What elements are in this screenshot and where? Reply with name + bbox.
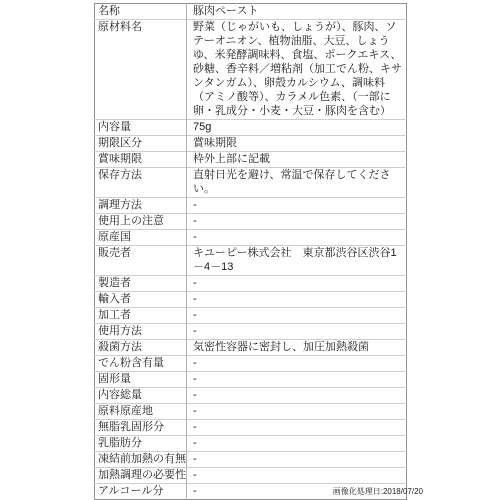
row-value: 75g — [187, 120, 407, 136]
table-row: 賞味期限枠外上部に記載 — [95, 152, 407, 168]
product-spec-table: 名称豚肉ペースト原材料名野菜（じゃがいも、しょうが）、豚肉、ソテーオニオン、植物… — [94, 3, 407, 500]
spec-table-body: 名称豚肉ペースト原材料名野菜（じゃがいも、しょうが）、豚肉、ソテーオニオン、植物… — [95, 4, 407, 500]
row-label: 内容総量 — [95, 388, 187, 404]
table-row: 原産国- — [95, 230, 407, 246]
table-row: 内容量75g — [95, 120, 407, 136]
row-label: 内容量 — [95, 120, 187, 136]
row-value: - — [187, 324, 407, 340]
row-label: 賞味期限 — [95, 152, 187, 168]
row-label: 保存方法 — [95, 168, 187, 198]
row-label: 使用上の注意 — [95, 214, 187, 230]
row-value: - — [187, 356, 407, 372]
row-label: 調理方法 — [95, 198, 187, 214]
row-label: 固形量 — [95, 372, 187, 388]
table-row: 調理方法- — [95, 198, 407, 214]
row-value: - — [187, 452, 407, 468]
row-label: 原料原産地 — [95, 404, 187, 420]
table-row: 製造者- — [95, 276, 407, 292]
table-row: 使用方法- — [95, 324, 407, 340]
row-value: 気密性容器に密封し、加圧加熱殺菌 — [187, 340, 407, 356]
row-label: 凍結前加熱の有無 — [95, 452, 187, 468]
table-row: 凍結前加熱の有無- — [95, 452, 407, 468]
row-value: 直射日光を避け、常温で保存してください。 — [187, 168, 407, 198]
row-value: - — [187, 388, 407, 404]
table-row: 固形量- — [95, 372, 407, 388]
table-row: 加熱調理の必要性- — [95, 468, 407, 484]
row-label: 期限区分 — [95, 136, 187, 152]
table-row: 乳脂肪分- — [95, 436, 407, 452]
table-row: 原料原産地- — [95, 404, 407, 420]
table-row: 保存方法直射日光を避け、常温で保存してください。 — [95, 168, 407, 198]
row-label: アルコール分 — [95, 484, 187, 500]
row-value: - — [187, 292, 407, 308]
row-label: 殺菌方法 — [95, 340, 187, 356]
row-label: でん粉含有量 — [95, 356, 187, 372]
image-processing-date-stamp: 画像化処理日:2018/07/20 — [333, 487, 423, 496]
table-row: 名称豚肉ペースト — [95, 4, 407, 20]
row-label: 原産国 — [95, 230, 187, 246]
table-row: でん粉含有量- — [95, 356, 407, 372]
row-label: 販売者 — [95, 246, 187, 276]
row-label: 加熱調理の必要性 — [95, 468, 187, 484]
row-value: 野菜（じゃがいも、しょうが）、豚肉、ソテーオニオン、植物油脂、大豆、しょうゆ、米… — [187, 20, 407, 120]
row-value: 枠外上部に記載 — [187, 152, 407, 168]
row-label: 加工者 — [95, 308, 187, 324]
table-row: 殺菌方法気密性容器に密封し、加圧加熱殺菌 — [95, 340, 407, 356]
row-value: - — [187, 308, 407, 324]
row-value: 豚肉ペースト — [187, 4, 407, 20]
row-value: - — [187, 276, 407, 292]
row-label: 無脂乳固形分 — [95, 420, 187, 436]
row-label: 使用方法 — [95, 324, 187, 340]
row-value: - — [187, 198, 407, 214]
row-value: - — [187, 372, 407, 388]
row-value: - — [187, 436, 407, 452]
row-value: - — [187, 230, 407, 246]
row-value: - — [187, 214, 407, 230]
row-value: - — [187, 404, 407, 420]
table-row: 輸入者- — [95, 292, 407, 308]
row-label: 乳脂肪分 — [95, 436, 187, 452]
table-row: 加工者- — [95, 308, 407, 324]
row-value: 賞味期限 — [187, 136, 407, 152]
row-label: 輸入者 — [95, 292, 187, 308]
table-row: 無脂乳固形分- — [95, 420, 407, 436]
row-value: - — [187, 468, 407, 484]
table-row: 期限区分賞味期限 — [95, 136, 407, 152]
row-value: キユーピー株式会社 東京都渋谷区渋谷1－4－13 — [187, 246, 407, 276]
table-row: 販売者キユーピー株式会社 東京都渋谷区渋谷1－4－13 — [95, 246, 407, 276]
table-row: 内容総量- — [95, 388, 407, 404]
row-label: 製造者 — [95, 276, 187, 292]
row-label: 原材料名 — [95, 20, 187, 120]
row-value: - — [187, 420, 407, 436]
row-label: 名称 — [95, 4, 187, 20]
table-row: 使用上の注意- — [95, 214, 407, 230]
table-row: 原材料名野菜（じゃがいも、しょうが）、豚肉、ソテーオニオン、植物油脂、大豆、しょ… — [95, 20, 407, 120]
